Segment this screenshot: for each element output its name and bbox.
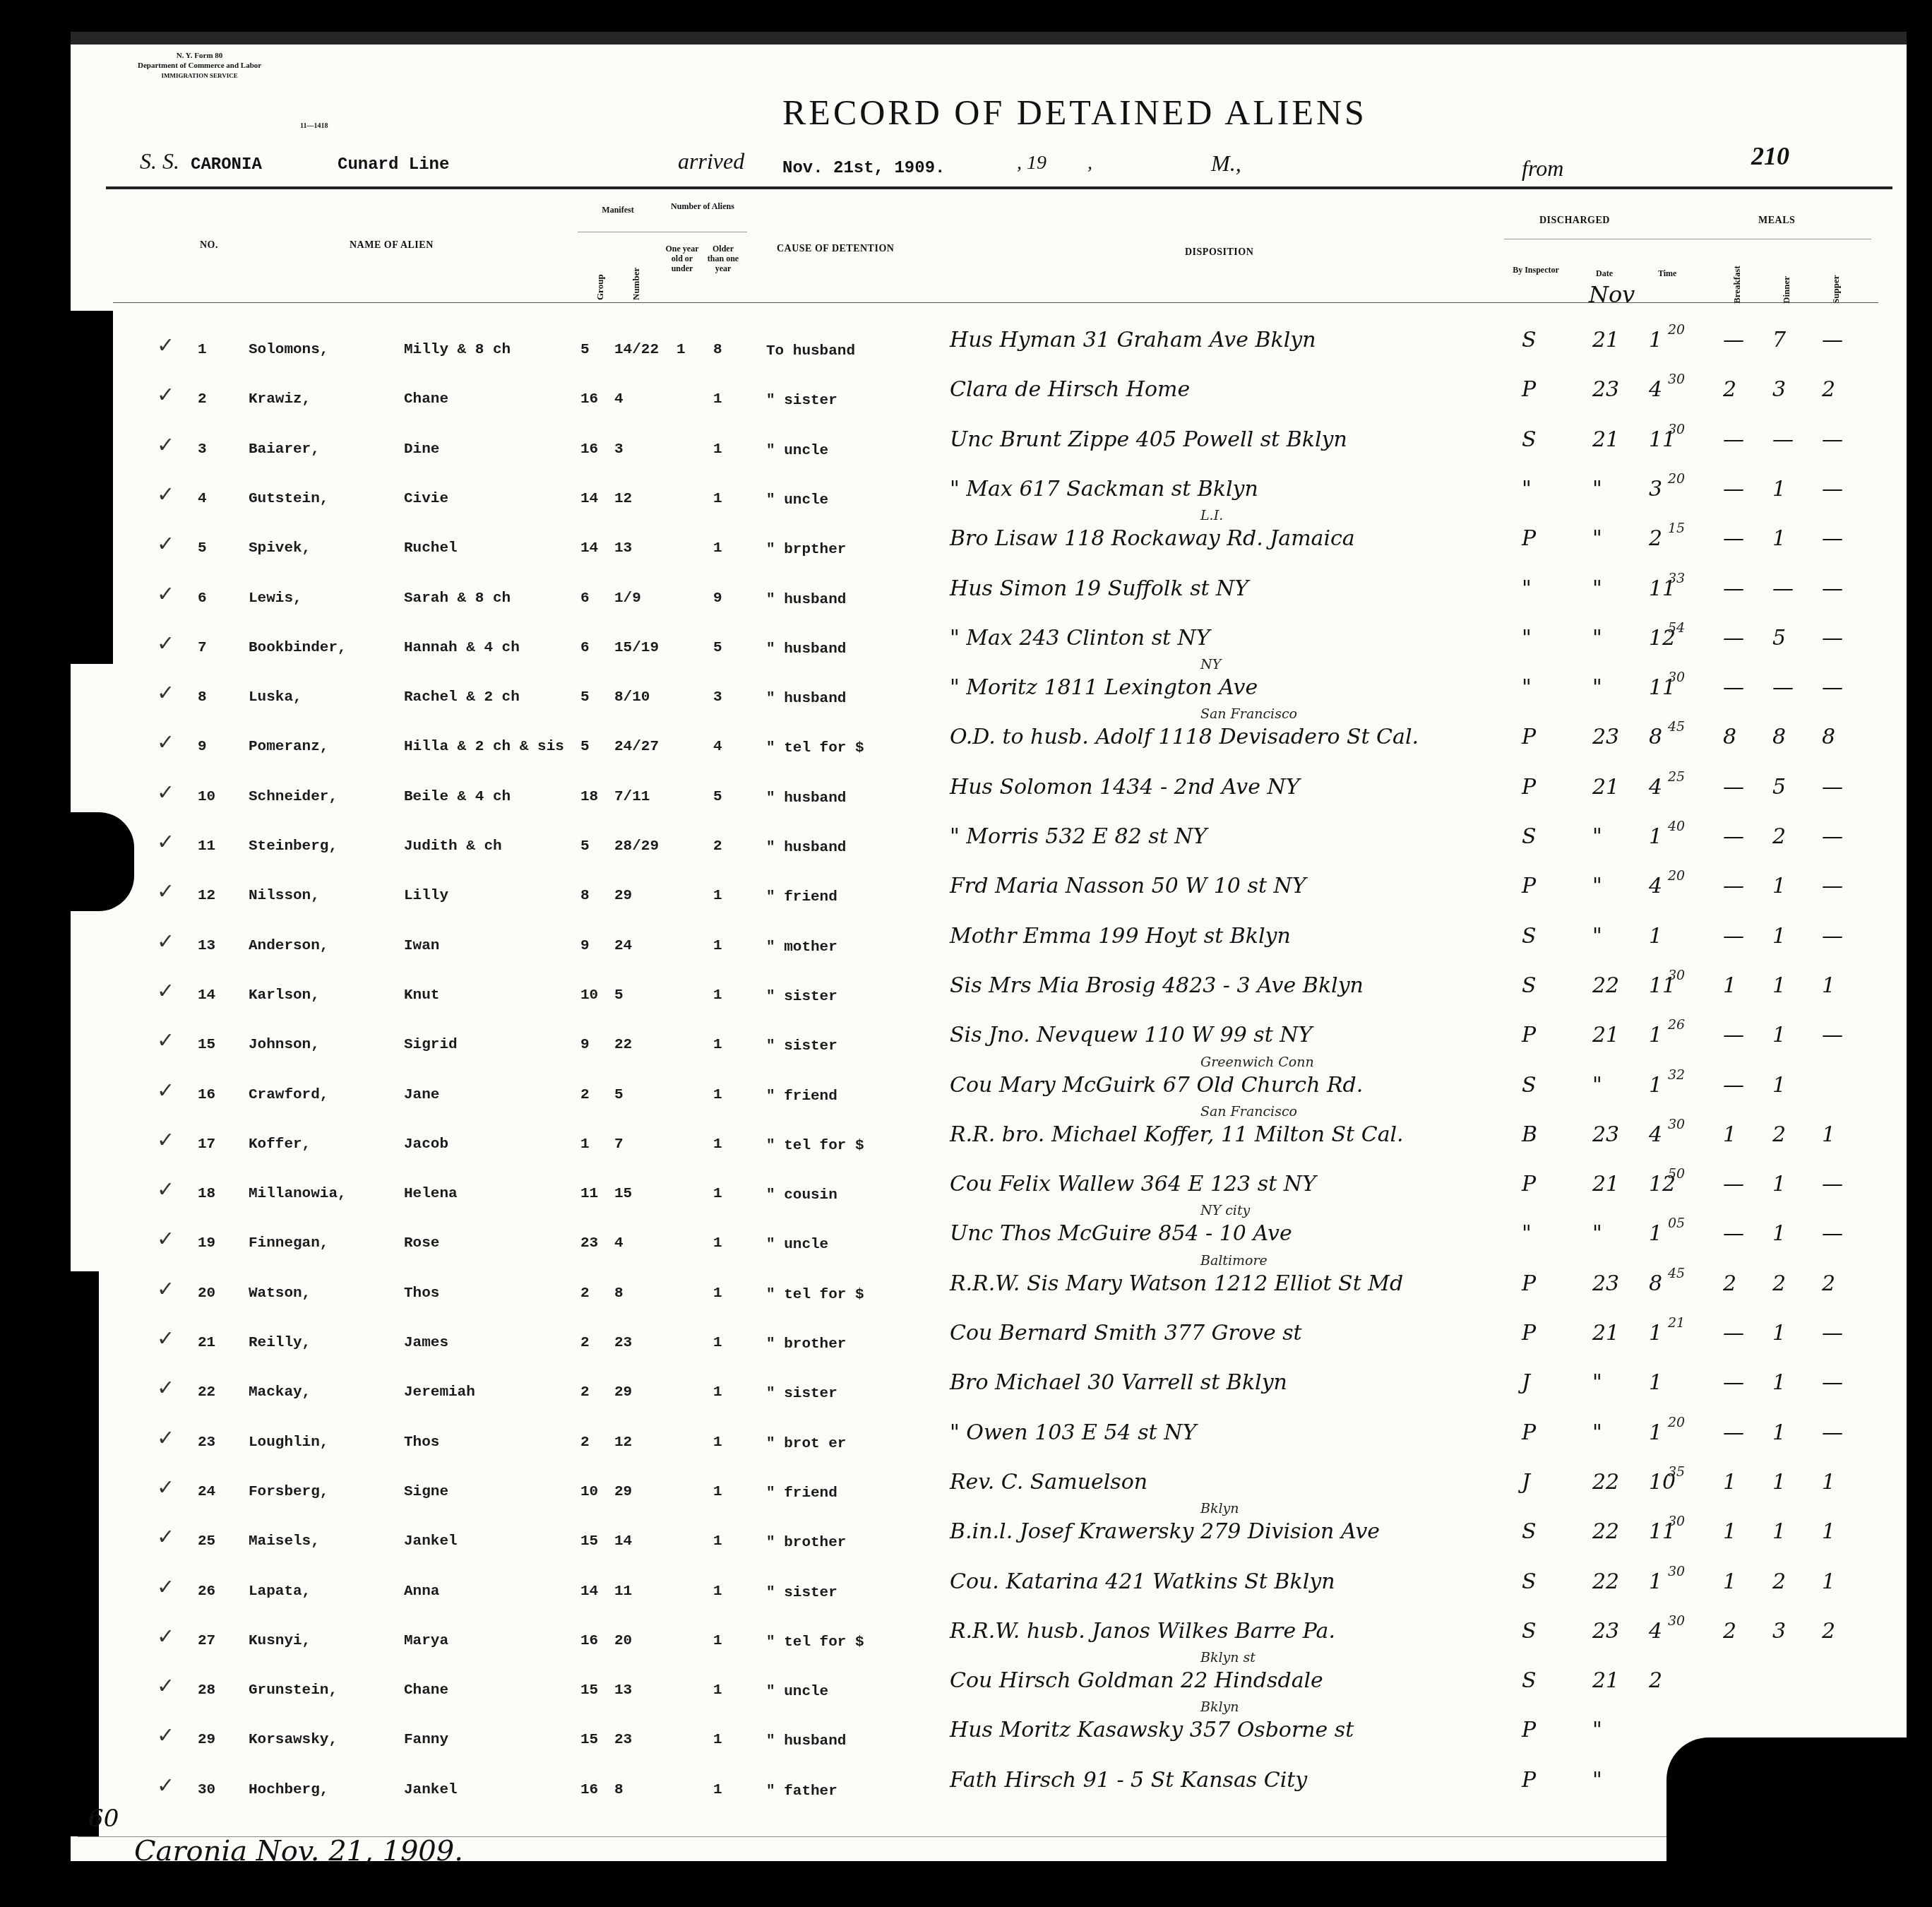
meal-supper: 1 <box>1822 1569 1835 1594</box>
given-name: Lilly <box>404 888 448 904</box>
manifest-group: 6 <box>580 640 590 656</box>
meal-supper: — <box>1822 427 1843 452</box>
discharged-time: 4 <box>1649 1122 1662 1147</box>
manifest-number: 24 <box>614 938 632 954</box>
disposition: Hus Hyman 31 Graham Ave Bklyn <box>950 328 1316 352</box>
surname: Bookbinder, <box>249 640 347 656</box>
manifest-group: 10 <box>580 987 598 1004</box>
manifest-number: 4 <box>614 391 624 408</box>
meal-breakfast: — <box>1723 526 1744 551</box>
discharged-by-inspector: S <box>1522 973 1537 998</box>
surname: Lapata, <box>249 1584 311 1600</box>
discharged-time-minutes: 20 <box>1668 471 1685 487</box>
discharged-by-inspector: P <box>1522 874 1536 898</box>
cause-of-detention: " brot er <box>766 1436 846 1452</box>
col-disposition: DISPOSITION <box>1185 247 1253 259</box>
discharged-time-minutes: 20 <box>1668 322 1685 338</box>
discharged-time: 1 <box>1649 1023 1662 1047</box>
check-icon: ✓ <box>157 532 174 557</box>
surname: Forsberg, <box>249 1484 328 1500</box>
given-name: Civie <box>404 491 448 507</box>
meal-breakfast: — <box>1723 1172 1744 1196</box>
check-icon: ✓ <box>157 780 174 805</box>
discharged-time-minutes: 30 <box>1668 372 1685 387</box>
discharged-date: " <box>1592 526 1602 551</box>
discharged-time-minutes: 30 <box>1668 1117 1685 1132</box>
check-icon: ✓ <box>157 1277 174 1302</box>
disposition: " Max 243 Clinton st NY <box>950 626 1210 650</box>
disposition-note: Bklyn st <box>1200 1650 1256 1665</box>
disposition: Cou Mary McGuirk 67 Old Church Rd. <box>950 1073 1363 1098</box>
cause-of-detention: " husband <box>766 790 846 807</box>
manifest-group: 2 <box>580 1434 590 1451</box>
row-number: 12 <box>198 888 215 904</box>
cause-of-detention: " friend <box>766 1485 837 1502</box>
row-number: 25 <box>198 1533 215 1550</box>
given-name: Chane <box>404 1682 448 1699</box>
discharged-time: 1 <box>1649 1321 1662 1345</box>
count-older-than-one-year: 5 <box>713 640 722 656</box>
discharged-time-minutes: 30 <box>1668 670 1685 685</box>
discharged-by-inspector: B <box>1522 1122 1537 1147</box>
col-dinner: Dinner <box>1781 265 1792 304</box>
cause-of-detention: " friend <box>766 1088 837 1105</box>
count-older-than-one-year: 1 <box>713 1087 722 1103</box>
discharged-date: 23 <box>1592 1271 1619 1296</box>
count-older-than-one-year: 2 <box>713 838 722 855</box>
surname: Hochberg, <box>249 1782 328 1798</box>
meal-breakfast: — <box>1723 824 1744 849</box>
given-name: Jacob <box>404 1136 448 1153</box>
check-icon: ✓ <box>157 1723 174 1748</box>
count-one-year-or-under: 1 <box>676 342 686 358</box>
check-icon: ✓ <box>157 383 174 408</box>
discharged-time: 1 <box>1649 1370 1662 1395</box>
meal-dinner: 1 <box>1772 1470 1786 1495</box>
cause-of-detention: " sister <box>766 393 837 409</box>
meal-dinner: 1 <box>1772 874 1786 898</box>
disposition: Hus Moritz Kasawsky 357 Osborne st <box>950 1718 1354 1742</box>
discharged-date: 23 <box>1592 725 1619 749</box>
meal-supper: — <box>1822 1023 1843 1047</box>
columns-underline <box>113 302 1878 303</box>
meal-dinner: 1 <box>1772 526 1786 551</box>
given-name: Jane <box>404 1087 439 1103</box>
form-service: IMMIGRATION SERVICE <box>138 71 261 81</box>
discharged-by-inspector: " <box>1522 626 1532 650</box>
surname: Pomeranz, <box>249 739 328 755</box>
manifest-number: 29 <box>614 888 632 904</box>
meal-dinner: 2 <box>1772 824 1786 849</box>
check-icon: ✓ <box>157 1227 174 1252</box>
cause-of-detention: " husband <box>766 592 846 608</box>
discharged-time-minutes: 15 <box>1668 521 1685 536</box>
col-one-year: One year old or under <box>664 244 700 273</box>
disposition: Sis Mrs Mia Brosig 4823 - 3 Ave Bklyn <box>950 973 1364 998</box>
cause-of-detention: " husband <box>766 840 846 856</box>
manifest-group: 5 <box>580 838 590 855</box>
given-name: Hannah & 4 ch <box>404 640 520 656</box>
col-number-of-aliens: Number of Aliens <box>667 201 738 211</box>
count-older-than-one-year: 1 <box>713 1186 722 1202</box>
discharged-time-minutes: 35 <box>1668 1464 1685 1480</box>
discharged-time-minutes: 26 <box>1668 1017 1685 1033</box>
meal-supper: — <box>1822 775 1843 800</box>
check-icon: ✓ <box>157 929 174 954</box>
discharged-date: 21 <box>1592 1321 1619 1345</box>
discharged-by-inspector: P <box>1522 1172 1536 1196</box>
discharged-date: " <box>1592 477 1602 501</box>
check-icon: ✓ <box>157 1079 174 1103</box>
surname: Millanowia, <box>249 1186 347 1202</box>
discharged-time-minutes: 30 <box>1668 968 1685 983</box>
discharged-date: 21 <box>1592 1172 1619 1196</box>
given-name: Rachel & 2 ch <box>404 689 520 706</box>
discharged-by-inspector: " <box>1522 1221 1532 1246</box>
cause-of-detention: " husband <box>766 641 846 658</box>
col-breakfast: Breakfast <box>1731 251 1743 304</box>
meal-supper: — <box>1822 874 1843 898</box>
cause-of-detention: " uncle <box>766 1237 828 1253</box>
surname: Steinberg, <box>249 838 338 855</box>
cause-of-detention: " tel for $ <box>766 1287 864 1303</box>
meal-breakfast: — <box>1723 1073 1744 1098</box>
check-icon: ✓ <box>157 631 174 656</box>
check-icon: ✓ <box>157 482 174 507</box>
discharged-by-inspector: P <box>1522 775 1536 800</box>
disposition: Cou Bernard Smith 377 Grove st <box>950 1321 1302 1345</box>
row-number: 6 <box>198 590 207 607</box>
given-name: Knut <box>404 987 439 1004</box>
cause-of-detention: " uncle <box>766 443 828 459</box>
meal-dinner: 2 <box>1772 1569 1786 1594</box>
meal-supper: — <box>1822 924 1843 949</box>
row-number: 29 <box>198 1732 215 1748</box>
manifest-number: 14 <box>614 1533 632 1550</box>
discharged-time: 2 <box>1649 1668 1662 1693</box>
discharged-time: 1 <box>1649 1073 1662 1098</box>
surname: Karlson, <box>249 987 320 1004</box>
meal-dinner: 3 <box>1772 377 1786 402</box>
count-older-than-one-year: 1 <box>713 491 722 507</box>
discharged-by-inspector: S <box>1522 1519 1537 1544</box>
given-name: Anna <box>404 1584 439 1600</box>
check-icon: ✓ <box>157 879 174 904</box>
meal-supper: 8 <box>1822 725 1835 749</box>
given-name: Milly & 8 ch <box>404 342 511 358</box>
row-number: 16 <box>198 1087 215 1103</box>
meal-breakfast: — <box>1723 477 1744 501</box>
discharged-date: 22 <box>1592 973 1619 998</box>
row-number: 4 <box>198 491 207 507</box>
given-name: Thos <box>404 1434 439 1451</box>
disposition: Hus Solomon 1434 - 2nd Ave NY <box>950 775 1300 800</box>
meal-supper: — <box>1822 477 1843 501</box>
count-older-than-one-year: 9 <box>713 590 722 607</box>
manifest-number: 7/11 <box>614 789 650 805</box>
disposition: R.R. bro. Michael Koffer, 11 Milton St C… <box>950 1122 1404 1147</box>
meal-dinner: — <box>1772 675 1794 700</box>
discharged-by-inspector: S <box>1522 328 1537 352</box>
row-number: 15 <box>198 1037 215 1053</box>
meal-supper: 2 <box>1822 1271 1835 1296</box>
given-name: Marya <box>404 1633 448 1649</box>
count-older-than-one-year: 5 <box>713 789 722 805</box>
discharged-time-minutes: 40 <box>1668 819 1685 834</box>
manifest-group: 5 <box>580 342 590 358</box>
disposition-note: San Francisco <box>1200 1104 1297 1119</box>
cause-of-detention: " uncle <box>766 1684 828 1700</box>
discharged-by-inspector: " <box>1522 477 1532 501</box>
surname: Finnegan, <box>249 1235 328 1252</box>
discharged-time-minutes: 33 <box>1668 571 1685 586</box>
row-number: 3 <box>198 441 207 458</box>
count-older-than-one-year: 4 <box>713 739 722 755</box>
meal-breakfast: 1 <box>1723 1519 1736 1544</box>
discharged-date: 21 <box>1592 1668 1619 1693</box>
disposition: Cou. Katarina 421 Watkins St Bklyn <box>950 1569 1335 1594</box>
meal-supper: — <box>1822 1370 1843 1395</box>
given-name: Hilla & 2 ch & sis <box>404 739 564 755</box>
cause-of-detention: " mother <box>766 939 837 956</box>
manifest-group: 16 <box>580 391 598 408</box>
check-icon: ✓ <box>157 1177 174 1202</box>
meal-supper: — <box>1822 526 1843 551</box>
discharged-by-inspector: S <box>1522 427 1537 452</box>
handwritten-signature: Caronia Nov. 21, 1909. <box>134 1835 463 1867</box>
given-name: Sigrid <box>404 1037 458 1053</box>
row-number: 17 <box>198 1136 215 1153</box>
form-number: N. Y. Form 80 <box>138 51 261 61</box>
manifest-group: 2 <box>580 1285 590 1302</box>
surname: Lewis, <box>249 590 302 607</box>
col-by-inspector: By Inspector <box>1511 265 1561 275</box>
surname: Baiarer, <box>249 441 320 458</box>
manifest-group: 8 <box>580 888 590 904</box>
discharged-date: " <box>1592 1073 1602 1098</box>
manifest-number: 8/10 <box>614 689 650 706</box>
discharged-by-inspector: P <box>1522 1718 1536 1742</box>
cause-of-detention: " friend <box>766 889 837 905</box>
given-name: Iwan <box>404 938 439 954</box>
meal-breakfast: 1 <box>1723 1470 1736 1495</box>
disposition: " Max 617 Sackman st Bklyn <box>950 477 1258 501</box>
surname: Luska, <box>249 689 302 706</box>
row-number: 26 <box>198 1584 215 1600</box>
col-supper: Supper <box>1830 265 1842 304</box>
disposition-note: NY <box>1200 657 1221 672</box>
meal-supper: 2 <box>1822 377 1835 402</box>
check-icon: ✓ <box>157 433 174 458</box>
surname: Johnson, <box>249 1037 320 1053</box>
col-group: Group <box>595 251 606 300</box>
discharged-date: 22 <box>1592 1470 1619 1495</box>
disposition: Bro Lisaw 118 Rockaway Rd. Jamaica <box>950 526 1355 551</box>
manifest-number: 8 <box>614 1782 624 1798</box>
discharged-time: 1 <box>1649 1569 1662 1594</box>
discharged-by-inspector: P <box>1522 1321 1536 1345</box>
disposition: B.in.l. Josef Krawersky 279 Division Ave <box>950 1519 1380 1544</box>
given-name: Signe <box>404 1484 448 1500</box>
count-older-than-one-year: 1 <box>713 1235 722 1252</box>
discharged-time: 4 <box>1649 377 1662 402</box>
count-older-than-one-year: 3 <box>713 689 722 706</box>
discharged-time: 8 <box>1649 725 1662 749</box>
disposition: Fath Hirsch 91 - 5 St Kansas City <box>950 1768 1307 1793</box>
meal-breakfast: — <box>1723 775 1744 800</box>
disposition-note: NY city <box>1200 1203 1250 1218</box>
manifest-group: 10 <box>580 1484 598 1500</box>
check-icon: ✓ <box>157 1525 174 1550</box>
discharged-by-inspector: S <box>1522 824 1537 849</box>
surname: Mackay, <box>249 1384 311 1401</box>
count-older-than-one-year: 1 <box>713 1782 722 1798</box>
discharged-time: 2 <box>1649 526 1662 551</box>
discharged-time: 1 <box>1649 824 1662 849</box>
cause-of-detention: " husband <box>766 691 846 707</box>
surname: Kusnyi, <box>249 1633 311 1649</box>
meal-breakfast: — <box>1723 874 1744 898</box>
count-older-than-one-year: 1 <box>713 1633 722 1649</box>
col-cause: CAUSE OF DETENTION <box>777 244 894 255</box>
page-title: RECORD OF DETAINED ALIENS <box>782 92 1367 133</box>
m-label: M., <box>1211 150 1241 177</box>
manifest-group: 5 <box>580 689 590 706</box>
ship-name: CARONIA <box>191 155 262 174</box>
meal-breakfast: 2 <box>1723 1271 1736 1296</box>
discharged-date: 21 <box>1592 1023 1619 1047</box>
cause-of-detention: " husband <box>766 1733 846 1749</box>
meal-breakfast: — <box>1723 1420 1744 1445</box>
count-older-than-one-year: 1 <box>713 888 722 904</box>
manifest-group: 2 <box>580 1335 590 1351</box>
meal-dinner: 3 <box>1772 1619 1786 1644</box>
surname: Grunstein, <box>249 1682 338 1699</box>
disposition: Sis Jno. Nevquew 110 W 99 st NY <box>950 1023 1312 1047</box>
disposition: " Morris 532 E 82 st NY <box>950 824 1207 849</box>
discharged-by-inspector: S <box>1522 1668 1537 1693</box>
disposition: Rev. C. Samuelson <box>950 1470 1147 1495</box>
meal-dinner: 1 <box>1772 1420 1786 1445</box>
meal-supper: — <box>1822 1420 1843 1445</box>
count-older-than-one-year: 1 <box>713 1682 722 1699</box>
discharged-date: " <box>1592 1370 1602 1395</box>
surname: Anderson, <box>249 938 328 954</box>
manifest-number: 4 <box>614 1235 624 1252</box>
discharged-by-inspector: " <box>1522 675 1532 700</box>
manifest-group: 14 <box>580 1584 598 1600</box>
discharged-time-minutes: 25 <box>1668 769 1685 785</box>
disposition: " Owen 103 E 54 st NY <box>950 1420 1196 1445</box>
page-number: 210 <box>1751 141 1789 171</box>
manifest-number: 28/29 <box>614 838 659 855</box>
discharged-date: " <box>1592 1420 1602 1445</box>
discharged-date: " <box>1592 1718 1602 1742</box>
cause-of-detention: " sister <box>766 1585 837 1601</box>
manifest-number: 23 <box>614 1335 632 1351</box>
discharged-date: " <box>1592 1768 1602 1793</box>
check-icon: ✓ <box>157 1624 174 1649</box>
discharged-underline <box>1504 239 1871 239</box>
col-manifest-number: Number <box>631 247 642 300</box>
col-manifest: Manifest <box>586 205 650 215</box>
row-number: 23 <box>198 1434 215 1451</box>
meal-dinner: 5 <box>1772 775 1786 800</box>
row-number: 28 <box>198 1682 215 1699</box>
meal-supper: — <box>1822 576 1843 601</box>
discharged-by-inspector: P <box>1522 1023 1536 1047</box>
discharged-date: " <box>1592 924 1602 949</box>
meal-breakfast: 1 <box>1723 1569 1736 1594</box>
surname: Schneider, <box>249 789 338 805</box>
meal-dinner: 5 <box>1772 626 1786 650</box>
disposition-note: San Francisco <box>1200 706 1297 722</box>
disposition-note: L.I. <box>1200 508 1223 523</box>
meal-breakfast: — <box>1723 924 1744 949</box>
manifest-group: 6 <box>580 590 590 607</box>
manifest-group: 14 <box>580 491 598 507</box>
date-note: Nov <box>1589 281 1635 308</box>
row-number: 5 <box>198 540 207 557</box>
count-older-than-one-year: 1 <box>713 1335 722 1351</box>
discharged-by-inspector: P <box>1522 1768 1536 1793</box>
discharged-time-minutes: 20 <box>1668 868 1685 884</box>
ss-label: S. S. <box>140 148 179 174</box>
given-name: Ruchel <box>404 540 458 557</box>
manifest-group: 14 <box>580 540 598 557</box>
count-older-than-one-year: 1 <box>713 1434 722 1451</box>
discharged-time: 8 <box>1649 1271 1662 1296</box>
discharged-time-minutes: 30 <box>1668 422 1685 437</box>
meal-breakfast: — <box>1723 1370 1744 1395</box>
count-older-than-one-year: 1 <box>713 441 722 458</box>
given-name: Dine <box>404 441 439 458</box>
row-number: 27 <box>198 1633 215 1649</box>
manifest-group: 9 <box>580 1037 590 1053</box>
disposition: Bro Michael 30 Varrell st Bklyn <box>950 1370 1287 1395</box>
check-icon: ✓ <box>157 1326 174 1351</box>
cause-of-detention: " sister <box>766 989 837 1005</box>
discharged-time-minutes: 30 <box>1668 1564 1685 1579</box>
discharged-by-inspector: S <box>1522 1619 1537 1644</box>
col-date: Date <box>1596 268 1613 278</box>
surname: Koffer, <box>249 1136 311 1153</box>
arrived-date: Nov. 21st, 1909. <box>782 159 945 178</box>
count-older-than-one-year: 1 <box>713 391 722 408</box>
torn-edge-top <box>71 32 1907 44</box>
discharged-by-inspector: P <box>1522 377 1536 402</box>
row-number: 19 <box>198 1235 215 1252</box>
given-name: Judith & ch <box>404 838 502 855</box>
discharged-by-inspector: S <box>1522 1569 1537 1594</box>
disposition: Cou Felix Wallew 364 E 123 st NY <box>950 1172 1316 1196</box>
cause-of-detention: " sister <box>766 1386 837 1402</box>
discharged-time-minutes: 50 <box>1668 1166 1685 1182</box>
meal-dinner: 1 <box>1772 1221 1786 1246</box>
disposition: Unc Brunt Zippe 405 Powell st Bklyn <box>950 427 1347 452</box>
discharged-date: 22 <box>1592 1519 1619 1544</box>
meal-dinner: 7 <box>1772 328 1786 352</box>
discharged-by-inspector: P <box>1522 1420 1536 1445</box>
manifest-underline <box>578 232 747 232</box>
check-icon: ✓ <box>157 979 174 1004</box>
manifest-group: 1 <box>580 1136 590 1153</box>
meal-breakfast: — <box>1723 576 1744 601</box>
manifest-group: 23 <box>580 1235 598 1252</box>
manifest-number: 5 <box>614 1087 624 1103</box>
discharged-date: 21 <box>1592 328 1619 352</box>
discharged-by-inspector: P <box>1522 1271 1536 1296</box>
